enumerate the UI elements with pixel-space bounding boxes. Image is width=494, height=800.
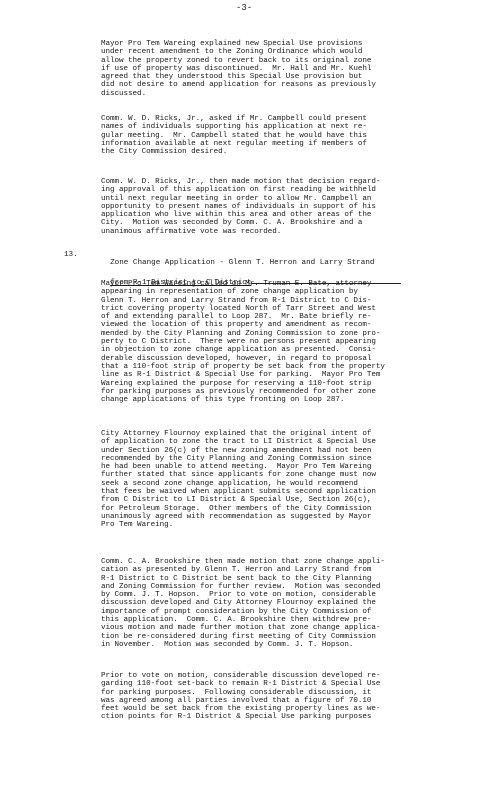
text-line: under recent amendment to the Zoning Ord… [101, 48, 431, 56]
text-line: tion be re-considered during first meeti… [101, 633, 431, 641]
text-line: Glenn T. Herron and Larry Strand from R-… [101, 297, 431, 305]
text-line: in objection to zone change application … [101, 346, 431, 354]
text-line: from C District to LI District & Special… [101, 496, 431, 504]
text-line: until next regular meeting in order to a… [101, 195, 431, 203]
text-line: of application to zone the tract to LI D… [101, 438, 431, 446]
paragraph-ricks-question: Comm. W. D. Ricks, Jr., asked if Mr. Cam… [101, 115, 431, 156]
page-number: -3- [236, 3, 252, 13]
text-line: feet would be set back from the existing… [101, 705, 431, 713]
text-line: Prior to vote on motion, considerable di… [101, 672, 431, 680]
text-line: Comm. C. A. Brookshire then made motion … [101, 558, 431, 566]
text-line: trict covering property located North of… [101, 305, 431, 313]
item-title-line1: Zone Change Application - Glenn T. Herro… [110, 259, 374, 267]
text-line: if use of property was discontinued. Mr.… [101, 65, 431, 73]
paragraph-brookshire-motion: Comm. C. A. Brookshire then made motion … [101, 558, 431, 649]
text-line: the City Commission desired. [101, 148, 431, 156]
text-line: for Petroleum Storage. Other members of … [101, 505, 431, 513]
text-line: that a 110-foot strip of property be set… [101, 363, 431, 371]
paragraph-ricks-motion: Comm. W. D. Ricks, Jr., then made motion… [101, 178, 431, 236]
text-line: ction points for R-1 District & Special … [101, 713, 431, 721]
text-line: City Attorney Flournoy explained that th… [101, 430, 431, 438]
text-line: for parking purposes. Following consider… [101, 689, 431, 697]
text-line: information available at next regular me… [101, 140, 431, 148]
text-line: names of individuals supporting his appl… [101, 123, 431, 131]
text-line: and Zoning Commission for further review… [101, 583, 431, 591]
text-line: he had been unable to attend meeting. Ma… [101, 463, 431, 471]
text-line: viewed the location of this property and… [101, 321, 431, 329]
text-line: under Section 26(c) of the new zoning am… [101, 447, 431, 455]
text-line: mended by the City Planning and Zoning C… [101, 330, 431, 338]
text-line: application who live within this area an… [101, 211, 431, 219]
item-number: 13. [64, 251, 78, 259]
text-line: cation as presented by Glenn T. Herron a… [101, 566, 431, 574]
text-line: discussed. [101, 90, 431, 98]
text-line: Comm. W. D. Ricks, Jr., then made motion… [101, 178, 431, 186]
text-line: for parking purposes as previously recom… [101, 388, 431, 396]
paragraph-attorney-explanation: City Attorney Flournoy explained that th… [101, 430, 431, 530]
text-line: discussion developed and City Attorney F… [101, 599, 431, 607]
text-line: did not desire to amend application for … [101, 81, 431, 89]
text-line: this application. Comm. C. A. Brookshire… [101, 616, 431, 624]
text-line: further stated that since applicants for… [101, 471, 431, 479]
text-line: of and extending parallel to Loop 287. M… [101, 313, 431, 321]
paragraph-setback-discussion: Prior to vote on motion, considerable di… [101, 672, 431, 722]
text-line: opportunity to present names of individu… [101, 203, 431, 211]
text-line: seek a second zone change application, h… [101, 480, 431, 488]
text-line: City. Motion was seconded by Comm. C. A.… [101, 219, 431, 227]
text-line: appearing in representation of zone chan… [101, 288, 431, 296]
paragraph-special-use: Mayor Pro Tem Wareing explained new Spec… [101, 40, 431, 98]
text-line: unanimous affirmative vote was recorded. [101, 228, 431, 236]
text-line: Wareing explained the purpose for reserv… [101, 380, 431, 388]
text-line: that fees be waived when applicant submi… [101, 488, 431, 496]
paragraph-bate-review: Mayor Pro Tem Wareing called on Mr. Trum… [101, 280, 431, 404]
text-line: Mayor Pro Tem Wareing called on Mr. Trum… [101, 280, 431, 288]
text-line: garding 110-foot set-back to remain R-1 … [101, 680, 431, 688]
text-line: R-1 District to C District be sent back … [101, 575, 431, 583]
text-line: by Comm. J. T. Hopson. Prior to vote on … [101, 591, 431, 599]
text-line: change applications of this type frontin… [101, 396, 431, 404]
text-line: ing approval of this application on firs… [101, 186, 431, 194]
text-line: Mayor Pro Tem Wareing explained new Spec… [101, 40, 431, 48]
text-line: was agreed among all parties involved th… [101, 697, 431, 705]
text-line: unanimously agreed with recommendation a… [101, 513, 431, 521]
text-line: importance of prompt consideration by th… [101, 608, 431, 616]
text-line: in November. Motion was seconded by Comm… [101, 641, 431, 649]
text-line: vious motion and made further motion tha… [101, 624, 431, 632]
text-line: Comm. W. D. Ricks, Jr., asked if Mr. Cam… [101, 115, 431, 123]
text-line: allow the property zoned to revert back … [101, 57, 431, 65]
text-line: recommended by the City Planning and Zon… [101, 455, 431, 463]
text-line: line as R-1 District & Special Use for p… [101, 371, 431, 379]
text-line: Pro Tem Wareing. [101, 521, 431, 529]
text-line: gular meeting. Mr. Campbell stated that … [101, 132, 431, 140]
text-line: derable discussion developed, however, i… [101, 355, 431, 363]
text-line: agreed that they understood this Special… [101, 73, 431, 81]
text-line: perty to C District. There were no perso… [101, 338, 431, 346]
